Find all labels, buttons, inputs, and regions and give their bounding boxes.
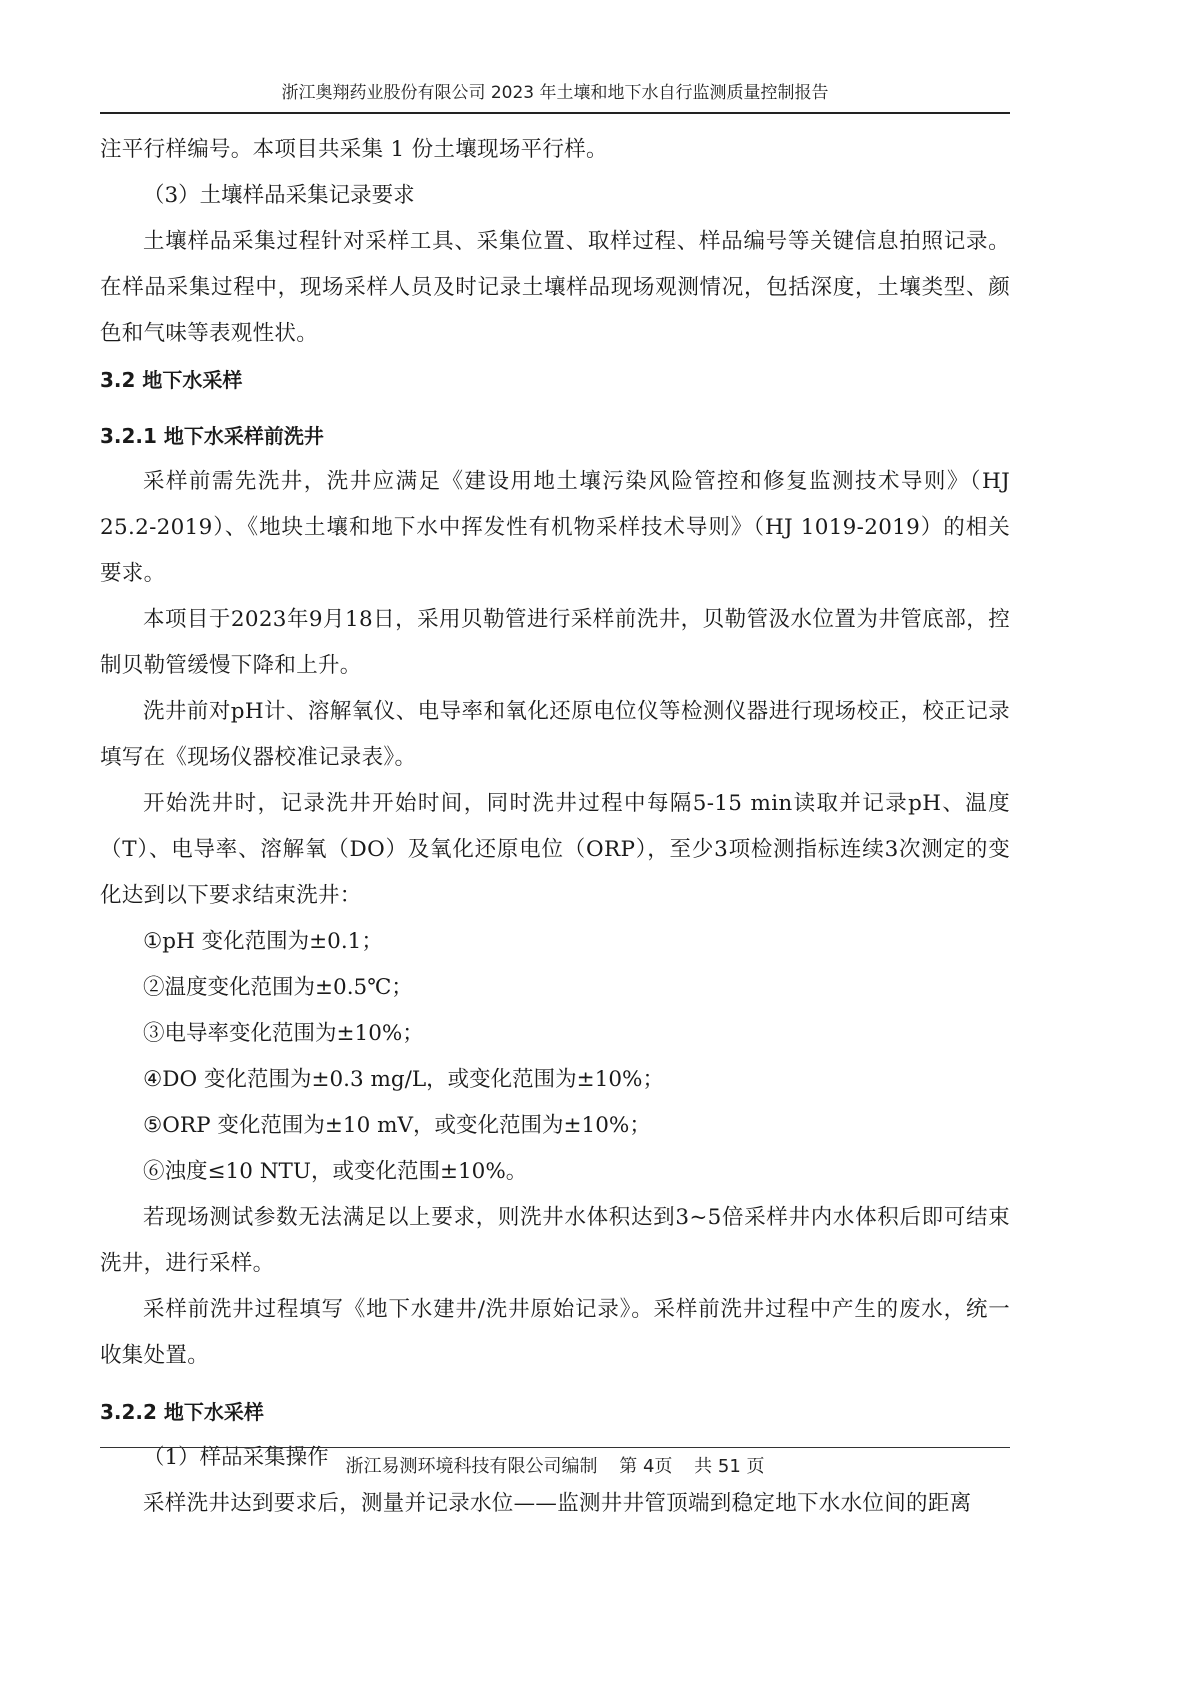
paragraph: 土壤样品采集过程针对采样工具、采集位置、取样过程、样品编号等关键信息拍照记录。在…	[100, 219, 1010, 357]
criteria-item: ⑤ORP 变化范围为±10 mV，或变化范围为±10%；	[100, 1103, 1010, 1149]
page-number: 第 4页	[619, 1456, 672, 1477]
header-divider	[100, 112, 1010, 114]
subsection-heading: 3.2.1 地下水采样前洗井	[100, 413, 1010, 459]
paragraph: 注平行样编号。本项目共采集 1 份土壤现场平行样。	[100, 127, 1010, 173]
subsection-heading: 3.2.2 地下水采样	[100, 1389, 1010, 1435]
paragraph: 洗井前对pH计、溶解氧仪、电导率和氧化还原电位仪等检测仪器进行现场校正，校正记录…	[100, 689, 1010, 781]
footer-company: 浙江易测环境科技有限公司编制	[345, 1456, 597, 1477]
page-total: 共 51 页	[694, 1456, 764, 1477]
criteria-item: ①pH 变化范围为±0.1；	[100, 919, 1010, 965]
paragraph: 采样前需先洗井，洗井应满足《建设用地土壤污染风险管控和修复监测技术导则》（HJ …	[100, 459, 1010, 597]
criteria-item: ②温度变化范围为±0.5℃；	[100, 965, 1010, 1011]
document-body: 注平行样编号。本项目共采集 1 份土壤现场平行样。 （3）土壤样品采集记录要求 …	[100, 127, 1010, 1527]
criteria-item: ⑥浊度≤10 NTU，或变化范围±10%。	[100, 1149, 1010, 1195]
criteria-item: ③电导率变化范围为±10%；	[100, 1011, 1010, 1057]
paragraph: 开始洗井时，记录洗井开始时间，同时洗井过程中每隔5-15 min读取并记录pH、…	[100, 781, 1010, 919]
footer-divider	[100, 1447, 1010, 1448]
paragraph: 若现场测试参数无法满足以上要求，则洗井水体积达到3~5倍采样井内水体积后即可结束…	[100, 1195, 1010, 1287]
page-header-title: 浙江奥翔药业股份有限公司 2023 年土壤和地下水自行监测质量控制报告	[100, 78, 1010, 103]
subheading: （3）土壤样品采集记录要求	[100, 173, 1010, 219]
paragraph: 采样洗井达到要求后，测量并记录水位——监测井井管顶端到稳定地下水水位间的距离	[100, 1481, 1010, 1527]
section-heading: 3.2 地下水采样	[100, 357, 1010, 403]
paragraph: 本项目于2023年9月18日，采用贝勒管进行采样前洗井，贝勒管汲水位置为井管底部…	[100, 597, 1010, 689]
criteria-item: ④DO 变化范围为±0.3 mg/L，或变化范围为±10%；	[100, 1057, 1010, 1103]
page-footer: 浙江易测环境科技有限公司编制 第 4页 共 51 页	[100, 1452, 1010, 1478]
paragraph: 采样前洗井过程填写《地下水建井/洗井原始记录》。采样前洗井过程中产生的废水，统一…	[100, 1287, 1010, 1379]
